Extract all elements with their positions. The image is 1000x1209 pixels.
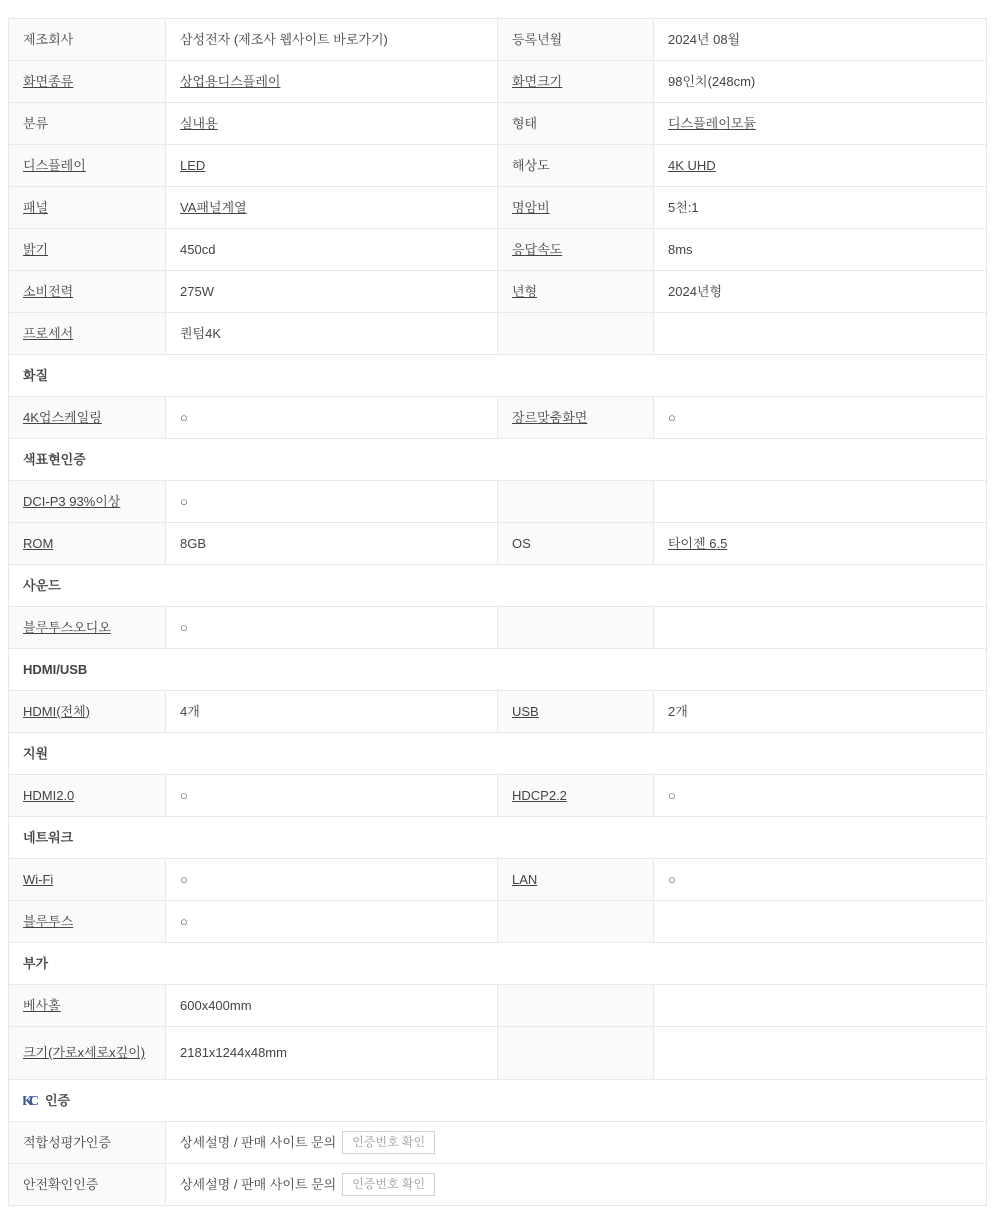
- spec-value-cell: ○: [166, 775, 498, 817]
- table-row: DCI-P3 93%이상 ○: [9, 481, 987, 523]
- spec-value-cell: 실내용: [166, 103, 498, 145]
- spec-value-cell: 4개: [166, 691, 498, 733]
- spec-label[interactable]: HDMI2.0: [23, 788, 74, 803]
- table-row: 베사홀 600x400mm: [9, 985, 987, 1027]
- spec-label-cell: 응답속도: [498, 229, 654, 271]
- spec-label-cell: 패널: [9, 187, 166, 229]
- table-row: 소비전력 275W 년형 2024년형: [9, 271, 987, 313]
- spec-label: 제조회사: [23, 32, 73, 47]
- spec-label-cell: USB: [498, 691, 654, 733]
- kc-icon: KC: [23, 1091, 39, 1108]
- spec-value-cell: 8ms: [654, 229, 987, 271]
- section-title: 사운드: [9, 565, 987, 607]
- spec-label-cell: 디스플레이: [9, 145, 166, 187]
- spec-value-cell: LED: [166, 145, 498, 187]
- spec-value-cell: 4K UHD: [654, 145, 987, 187]
- table-row: 안전확인인증 상세설명 / 판매 사이트 문의인증번호 확인: [9, 1164, 987, 1206]
- spec-value-cell: 2181x1244x48mm: [166, 1027, 498, 1080]
- spec-value-cell: ○: [654, 397, 987, 439]
- table-row: 적합성평가인증 상세설명 / 판매 사이트 문의인증번호 확인: [9, 1122, 987, 1164]
- spec-label[interactable]: 프로세서: [23, 326, 73, 341]
- spec-label: 적합성평가인증: [23, 1135, 111, 1150]
- section-title: 네트워크: [9, 817, 987, 859]
- spec-label-cell: HDCP2.2: [498, 775, 654, 817]
- spec-value-cell: [654, 985, 987, 1027]
- spec-value-cell: 상세설명 / 판매 사이트 문의인증번호 확인: [166, 1164, 987, 1206]
- supported-mark: ○: [180, 410, 188, 425]
- supported-mark: ○: [180, 494, 188, 509]
- spec-value[interactable]: 상업용디스플레이: [180, 74, 280, 89]
- spec-label-cell: DCI-P3 93%이상: [9, 481, 166, 523]
- product-spec-table: 제조회사 삼성전자 (제조사 웹사이트 바로가기) 등록년월 2024년 08월…: [8, 18, 986, 1206]
- section-row: HDMI/USB: [9, 649, 987, 691]
- spec-label-cell: 형태: [498, 103, 654, 145]
- spec-label: 분류: [23, 116, 48, 131]
- spec-label[interactable]: 화면종류: [23, 74, 73, 89]
- spec-label-cell: [498, 607, 654, 649]
- spec-label[interactable]: 4K업스케일링: [23, 410, 102, 425]
- spec-label-cell: 블루투스오디오: [9, 607, 166, 649]
- spec-label[interactable]: 소비전력: [23, 284, 73, 299]
- spec-label[interactable]: DCI-P3 93%이상: [23, 494, 120, 509]
- table-row: 밝기 450cd 응답속도 8ms: [9, 229, 987, 271]
- spec-label[interactable]: HDCP2.2: [512, 788, 567, 803]
- supported-mark: ○: [180, 914, 188, 929]
- spec-label-cell: [498, 901, 654, 943]
- spec-label[interactable]: 디스플레이: [23, 158, 86, 173]
- cert-number-check-button[interactable]: 인증번호 확인: [342, 1173, 435, 1196]
- spec-label-cell: Wi-Fi: [9, 859, 166, 901]
- spec-label-cell: 화면종류: [9, 61, 166, 103]
- spec-label[interactable]: Wi-Fi: [23, 872, 53, 887]
- spec-label-cell: [498, 1027, 654, 1080]
- section-title: 지원: [9, 733, 987, 775]
- spec-value-cell: [654, 1027, 987, 1080]
- spec-label[interactable]: ROM: [23, 536, 53, 551]
- spec-value[interactable]: 디스플레이모듈: [668, 116, 756, 131]
- table-row: 블루투스오디오 ○: [9, 607, 987, 649]
- spec-value-cell: 디스플레이모듈: [654, 103, 987, 145]
- spec-value-cell: ○: [166, 481, 498, 523]
- spec-label-cell: 4K업스케일링: [9, 397, 166, 439]
- table-row: ROM 8GB OS 타이젠 6.5: [9, 523, 987, 565]
- supported-mark: ○: [668, 788, 676, 803]
- supported-mark: ○: [180, 788, 188, 803]
- spec-value: 2181x1244x48mm: [180, 1045, 287, 1060]
- table-row: Wi-Fi ○ LAN ○: [9, 859, 987, 901]
- spec-label-cell: 크기(가로x세로x깊이): [9, 1027, 166, 1080]
- spec-value-cell: 600x400mm: [166, 985, 498, 1027]
- spec-value-cell: 퀀텀4K: [166, 313, 498, 355]
- spec-label: 등록년월: [512, 32, 562, 47]
- spec-label: 형태: [512, 116, 537, 131]
- svg-text:KC: KC: [23, 1094, 39, 1108]
- spec-value: 275W: [180, 284, 214, 299]
- spec-label-cell: 제조회사: [9, 19, 166, 61]
- spec-label-cell: 명암비: [498, 187, 654, 229]
- spec-value: 4개: [180, 704, 200, 719]
- spec-value-cell: ○: [654, 775, 987, 817]
- spec-label-cell: 년형: [498, 271, 654, 313]
- section-row: 부가: [9, 943, 987, 985]
- table-row: 패널 VA패널계열 명암비 5천:1: [9, 187, 987, 229]
- section-title: 색표현인증: [9, 439, 987, 481]
- section-title: 화질: [9, 355, 987, 397]
- spec-label-cell: [498, 481, 654, 523]
- spec-value-cell: ○: [166, 607, 498, 649]
- spec-value-cell: 타이젠 6.5: [654, 523, 987, 565]
- section-title: HDMI/USB: [9, 649, 987, 691]
- spec-label-cell: 해상도: [498, 145, 654, 187]
- spec-value-cell: [654, 901, 987, 943]
- spec-label-cell: 적합성평가인증: [9, 1122, 166, 1164]
- spec-label[interactable]: 장르맞춤화면: [512, 410, 587, 425]
- spec-label[interactable]: 베사홀: [23, 998, 61, 1013]
- spec-value-cell: [654, 607, 987, 649]
- spec-label: OS: [512, 536, 531, 551]
- spec-value: 98인치(248cm): [668, 74, 755, 89]
- spec-label: 해상도: [512, 158, 550, 173]
- spec-value-cell: 상업용디스플레이: [166, 61, 498, 103]
- supported-mark: ○: [180, 620, 188, 635]
- spec-value-cell: 2024년 08월: [654, 19, 987, 61]
- supported-mark: ○: [180, 872, 188, 887]
- spec-label-cell: 블루투스: [9, 901, 166, 943]
- spec-label-cell: OS: [498, 523, 654, 565]
- spec-value: 퀀텀4K: [180, 326, 221, 341]
- table-row: 4K업스케일링 ○ 장르맞춤화면 ○: [9, 397, 987, 439]
- spec-label-cell: 화면크기: [498, 61, 654, 103]
- spec-label-cell: HDMI(전체): [9, 691, 166, 733]
- spec-label[interactable]: 밝기: [23, 242, 48, 257]
- spec-value: 2024년 08월: [668, 32, 740, 47]
- spec-label-cell: ROM: [9, 523, 166, 565]
- spec-label[interactable]: USB: [512, 704, 539, 719]
- spec-label[interactable]: LAN: [512, 872, 537, 887]
- cert-description: 상세설명 / 판매 사이트 문의: [180, 1177, 336, 1192]
- spec-label-cell: 장르맞춤화면: [498, 397, 654, 439]
- table-row: 프로세서 퀀텀4K: [9, 313, 987, 355]
- table-row: 화면종류 상업용디스플레이 화면크기 98인치(248cm): [9, 61, 987, 103]
- spec-label[interactable]: 명암비: [512, 200, 550, 215]
- spec-label-cell: [498, 985, 654, 1027]
- spec-value[interactable]: 4K UHD: [668, 158, 716, 173]
- table-row: HDMI(전체) 4개 USB 2개: [9, 691, 987, 733]
- spec-label[interactable]: HDMI(전체): [23, 704, 90, 719]
- spec-label[interactable]: 화면크기: [512, 74, 562, 89]
- cert-description: 상세설명 / 판매 사이트 문의: [180, 1135, 336, 1150]
- section-title: 부가: [9, 943, 987, 985]
- section-row: 화질: [9, 355, 987, 397]
- spec-value-cell: ○: [166, 901, 498, 943]
- section-row: KC인증: [9, 1080, 987, 1122]
- spec-value-cell: ○: [166, 859, 498, 901]
- spec-value: 8ms: [668, 242, 693, 257]
- spec-value-cell: 8GB: [166, 523, 498, 565]
- spec-label[interactable]: 블루투스: [23, 914, 73, 929]
- spec-value: 삼성전자 (제조사 웹사이트 바로가기): [180, 32, 388, 47]
- spec-value-cell: 450cd: [166, 229, 498, 271]
- spec-label[interactable]: 블루투스오디오: [23, 620, 111, 635]
- spec-value[interactable]: 실내용: [180, 116, 218, 131]
- supported-mark: ○: [668, 410, 676, 425]
- spec-value-cell: [654, 313, 987, 355]
- spec-value-cell: 2개: [654, 691, 987, 733]
- spec-value: 5천:1: [668, 200, 699, 215]
- spec-value: 8GB: [180, 536, 206, 551]
- spec-label: 안전확인인증: [23, 1177, 98, 1192]
- spec-value[interactable]: 타이젠 6.5: [668, 536, 727, 551]
- spec-value-cell: 98인치(248cm): [654, 61, 987, 103]
- supported-mark: ○: [668, 872, 676, 887]
- spec-label-cell: 베사홀: [9, 985, 166, 1027]
- spec-label[interactable]: 패널: [23, 200, 48, 215]
- spec-value-cell: ○: [654, 859, 987, 901]
- spec-value[interactable]: VA패널계열: [180, 200, 247, 215]
- spec-label-cell: 프로세서: [9, 313, 166, 355]
- spec-value: 450cd: [180, 242, 215, 257]
- spec-value-cell: 삼성전자 (제조사 웹사이트 바로가기): [166, 19, 498, 61]
- spec-label-cell: LAN: [498, 859, 654, 901]
- section-row: 네트워크: [9, 817, 987, 859]
- spec-label-cell: 등록년월: [498, 19, 654, 61]
- section-row: 색표현인증: [9, 439, 987, 481]
- spec-label[interactable]: 응답속도: [512, 242, 562, 257]
- section-row: 사운드: [9, 565, 987, 607]
- spec-label-cell: 분류: [9, 103, 166, 145]
- spec-label-cell: 안전확인인증: [9, 1164, 166, 1206]
- spec-value-cell: VA패널계열: [166, 187, 498, 229]
- section-title: 인증: [45, 1093, 70, 1108]
- spec-value-cell: 상세설명 / 판매 사이트 문의인증번호 확인: [166, 1122, 987, 1164]
- table-row: 디스플레이 LED 해상도 4K UHD: [9, 145, 987, 187]
- spec-value: 2024년형: [668, 284, 722, 299]
- spec-label-cell: 밝기: [9, 229, 166, 271]
- spec-value: 600x400mm: [180, 998, 252, 1013]
- spec-label[interactable]: 크기(가로x세로x깊이): [23, 1045, 145, 1060]
- spec-value-cell: ○: [166, 397, 498, 439]
- spec-value[interactable]: LED: [180, 158, 205, 173]
- spec-label[interactable]: 년형: [512, 284, 537, 299]
- table-row: 제조회사 삼성전자 (제조사 웹사이트 바로가기) 등록년월 2024년 08월: [9, 19, 987, 61]
- section-row: 지원: [9, 733, 987, 775]
- spec-label-cell: 소비전력: [9, 271, 166, 313]
- spec-label-cell: [498, 313, 654, 355]
- table-row: 크기(가로x세로x깊이) 2181x1244x48mm: [9, 1027, 987, 1080]
- spec-value-cell: 275W: [166, 271, 498, 313]
- table-row: 분류 실내용 형태 디스플레이모듈: [9, 103, 987, 145]
- table-row: HDMI2.0 ○ HDCP2.2 ○: [9, 775, 987, 817]
- spec-value-cell: [654, 481, 987, 523]
- spec-value-cell: 5천:1: [654, 187, 987, 229]
- spec-value-cell: 2024년형: [654, 271, 987, 313]
- cert-number-check-button[interactable]: 인증번호 확인: [342, 1131, 435, 1154]
- table-row: 블루투스 ○: [9, 901, 987, 943]
- certification-section-cell: KC인증: [9, 1080, 987, 1122]
- spec-label-cell: HDMI2.0: [9, 775, 166, 817]
- spec-value: 2개: [668, 704, 688, 719]
